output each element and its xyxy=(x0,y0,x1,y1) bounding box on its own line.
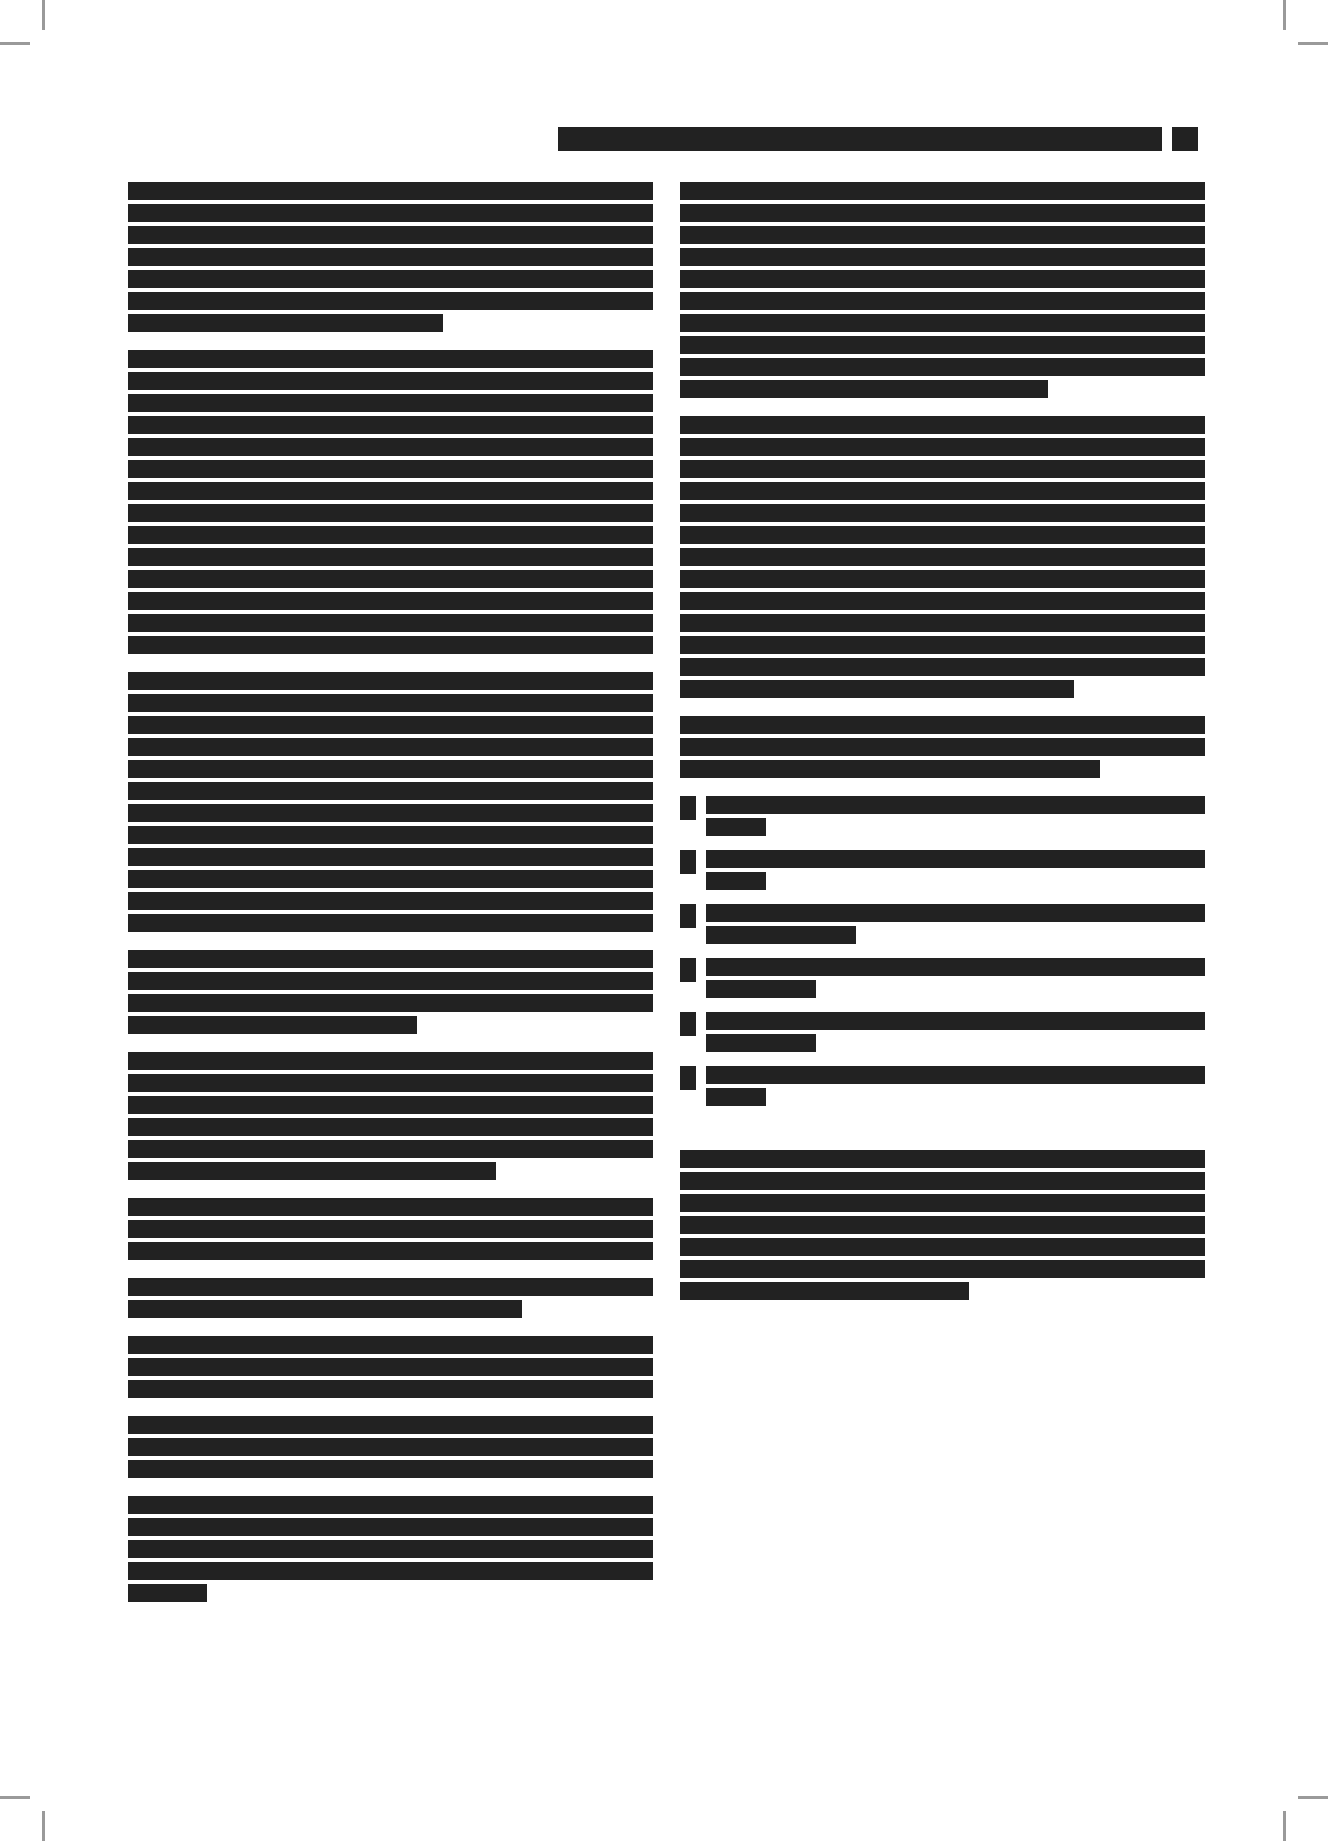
paragraph xyxy=(680,182,1205,398)
crop-mark xyxy=(1283,1811,1286,1841)
redacted-text-line xyxy=(128,416,653,434)
redacted-text-line xyxy=(128,1358,653,1376)
redacted-text-line xyxy=(128,1074,653,1092)
list-number xyxy=(680,1012,696,1036)
redacted-text-line xyxy=(128,1052,653,1070)
redacted-text-line xyxy=(706,958,1205,976)
left-column xyxy=(128,182,653,1620)
paragraph xyxy=(680,1150,1205,1300)
paragraph xyxy=(128,950,653,1034)
crop-mark xyxy=(42,0,45,30)
redacted-text-line xyxy=(680,592,1205,610)
redacted-text-line xyxy=(680,548,1205,566)
list-number xyxy=(680,796,696,820)
redacted-text-line xyxy=(128,548,653,566)
redacted-text-line xyxy=(128,716,653,734)
redacted-text-line xyxy=(680,314,1205,332)
redacted-text-line xyxy=(128,1380,653,1398)
redacted-text-line xyxy=(128,760,653,778)
redacted-text-line xyxy=(680,416,1205,434)
list-number xyxy=(680,850,696,874)
redacted-text-line xyxy=(680,460,1205,478)
list-item xyxy=(680,958,1205,1002)
paragraph xyxy=(680,416,1205,698)
crop-mark xyxy=(42,1811,45,1841)
redacted-text-line xyxy=(680,614,1205,632)
redacted-text-line xyxy=(128,1460,653,1478)
redacted-text-line xyxy=(128,1096,653,1114)
redacted-text-line xyxy=(680,1172,1205,1190)
redacted-text-line xyxy=(128,1540,653,1558)
redacted-text-line xyxy=(128,570,653,588)
redacted-text-line xyxy=(128,1162,496,1180)
redacted-text-line xyxy=(128,950,653,968)
redacted-text-line xyxy=(128,482,653,500)
redacted-text-line xyxy=(680,570,1205,588)
list-number xyxy=(680,904,696,928)
redacted-text-line xyxy=(706,872,766,890)
redacted-text-line xyxy=(128,1496,653,1514)
redacted-text-line xyxy=(128,848,653,866)
redacted-text-line xyxy=(128,1416,653,1434)
page-number xyxy=(1172,127,1198,151)
redacted-text-line xyxy=(128,314,443,332)
redacted-text-line xyxy=(128,438,653,456)
redacted-text-line xyxy=(128,1584,207,1602)
running-header xyxy=(558,127,1198,153)
redacted-text-line xyxy=(680,636,1205,654)
redacted-text-line xyxy=(128,292,653,310)
redacted-text-line xyxy=(128,372,653,390)
redacted-text-line xyxy=(706,926,856,944)
paragraph xyxy=(680,716,1205,778)
redacted-text-line xyxy=(680,438,1205,456)
redacted-text-line xyxy=(128,460,653,478)
redacted-text-line xyxy=(680,716,1205,734)
redacted-text-line xyxy=(128,614,653,632)
list-number xyxy=(680,1066,696,1090)
redacted-text-line xyxy=(128,994,653,1012)
redacted-text-line xyxy=(128,914,653,932)
redacted-text-line xyxy=(128,782,653,800)
redacted-text-line xyxy=(128,1518,653,1536)
redacted-text-line xyxy=(680,226,1205,244)
redacted-text-line xyxy=(706,1066,1205,1084)
redacted-text-line xyxy=(680,738,1205,756)
redacted-text-line xyxy=(706,1012,1205,1030)
redacted-text-line xyxy=(680,504,1205,522)
redacted-text-line xyxy=(128,694,653,712)
paragraph xyxy=(128,350,653,654)
crop-mark xyxy=(0,1796,30,1799)
redacted-text-line xyxy=(128,1300,522,1318)
redacted-text-line xyxy=(128,1562,653,1580)
redacted-text-line xyxy=(680,526,1205,544)
redacted-text-line xyxy=(128,270,653,288)
redacted-text-line xyxy=(706,818,766,836)
crop-mark xyxy=(1283,0,1286,30)
redacted-text-line xyxy=(706,1088,766,1106)
redacted-text-line xyxy=(680,1238,1205,1256)
redacted-text-line xyxy=(680,760,1100,778)
redacted-text-line xyxy=(680,182,1205,200)
paragraph xyxy=(128,1278,653,1318)
redacted-text-line xyxy=(680,680,1074,698)
redacted-text-line xyxy=(680,358,1205,376)
redacted-text-line xyxy=(128,394,653,412)
redacted-text-line xyxy=(680,658,1205,676)
paragraph xyxy=(128,1198,653,1260)
list-item xyxy=(680,850,1205,894)
crop-mark xyxy=(1298,42,1328,45)
redacted-text-line xyxy=(128,592,653,610)
redacted-text-line xyxy=(128,526,653,544)
paragraph xyxy=(128,1496,653,1602)
redacted-text-line xyxy=(680,1150,1205,1168)
redacted-text-line xyxy=(128,1140,653,1158)
redacted-text-line xyxy=(680,482,1205,500)
redacted-text-line xyxy=(128,636,653,654)
redacted-text-line xyxy=(680,1260,1205,1278)
crop-mark xyxy=(0,42,30,45)
redacted-text-line xyxy=(706,850,1205,868)
redacted-text-line xyxy=(706,980,816,998)
redacted-text-line xyxy=(128,826,653,844)
crop-mark xyxy=(1298,1796,1328,1799)
running-head-text xyxy=(558,127,1162,151)
redacted-text-line xyxy=(128,672,653,690)
redacted-text-line xyxy=(128,1278,653,1296)
redacted-text-line xyxy=(128,1118,653,1136)
list-number xyxy=(680,958,696,982)
list-item xyxy=(680,904,1205,948)
redacted-text-line xyxy=(680,270,1205,288)
list-item xyxy=(680,1012,1205,1056)
right-column xyxy=(680,182,1205,1318)
redacted-text-line xyxy=(128,350,653,368)
list-item xyxy=(680,1066,1205,1110)
redacted-text-line xyxy=(128,738,653,756)
redacted-text-line xyxy=(128,248,653,266)
paragraph xyxy=(128,672,653,932)
redacted-text-line xyxy=(128,892,653,910)
redacted-text-line xyxy=(128,804,653,822)
paragraph xyxy=(128,1052,653,1180)
redacted-text-line xyxy=(680,1194,1205,1212)
redacted-text-line xyxy=(680,204,1205,222)
redacted-text-line xyxy=(128,870,653,888)
redacted-text-line xyxy=(128,1242,653,1260)
redacted-text-line xyxy=(128,226,653,244)
redacted-text-line xyxy=(128,1438,653,1456)
redacted-text-line xyxy=(128,182,653,200)
redacted-text-line xyxy=(706,1034,816,1052)
redacted-text-line xyxy=(680,292,1205,310)
redacted-text-line xyxy=(128,972,653,990)
redacted-text-line xyxy=(680,380,1048,398)
paragraph xyxy=(128,1336,653,1398)
redacted-text-line xyxy=(128,1220,653,1238)
redacted-text-line xyxy=(680,248,1205,266)
paragraph xyxy=(128,182,653,332)
redacted-text-line xyxy=(128,504,653,522)
redacted-text-line xyxy=(706,796,1205,814)
redacted-text-line xyxy=(128,1198,653,1216)
redacted-text-line xyxy=(680,336,1205,354)
redacted-text-line xyxy=(680,1282,969,1300)
redacted-text-line xyxy=(706,904,1205,922)
paragraph xyxy=(128,1416,653,1478)
redacted-text-line xyxy=(128,1016,417,1034)
redacted-text-line xyxy=(128,1336,653,1354)
list-item xyxy=(680,796,1205,840)
redacted-text-line xyxy=(128,204,653,222)
redacted-text-line xyxy=(680,1216,1205,1234)
